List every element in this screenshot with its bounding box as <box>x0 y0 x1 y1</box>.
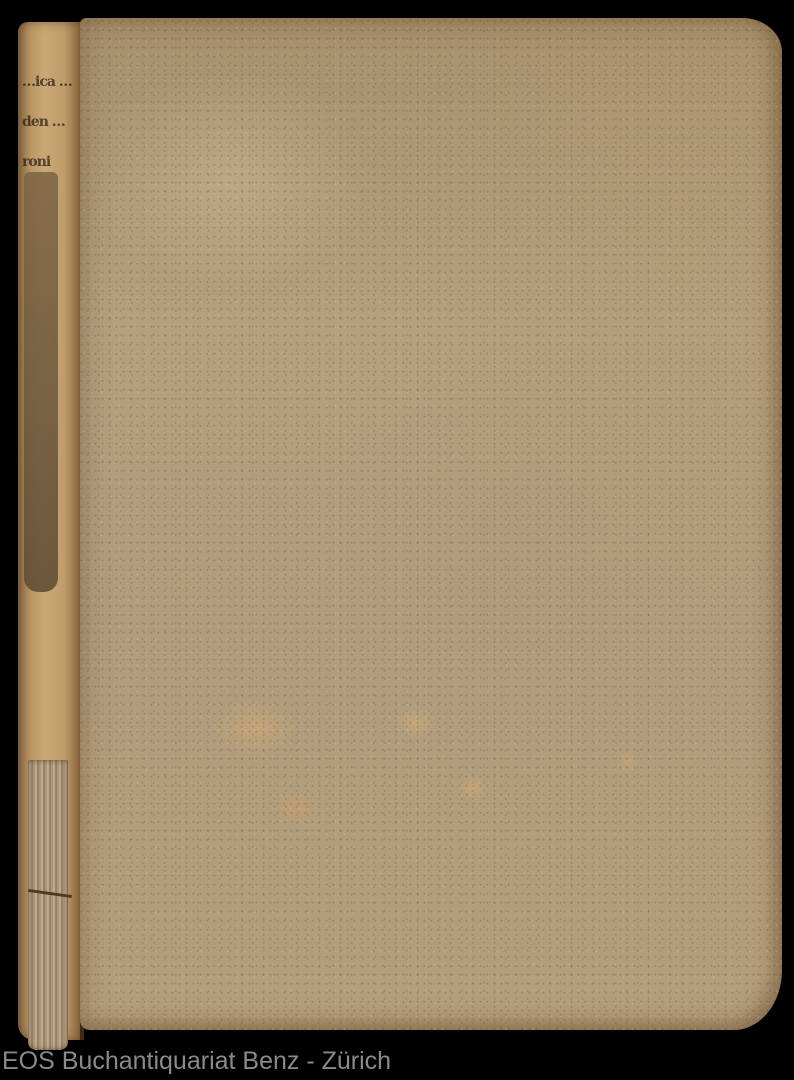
book-spine: …ica …den …roni <box>18 22 84 1040</box>
book-front-cover <box>80 18 782 1030</box>
exposed-binding <box>28 760 68 1050</box>
photo-scene: …ica …den …roni EOS Buchantiquariat Benz… <box>0 0 794 1080</box>
watermark-caption: EOS Buchantiquariat Benz - Zürich <box>2 1047 391 1076</box>
spine-label <box>24 172 58 592</box>
spine-title-text: …ica …den …roni <box>22 62 72 182</box>
